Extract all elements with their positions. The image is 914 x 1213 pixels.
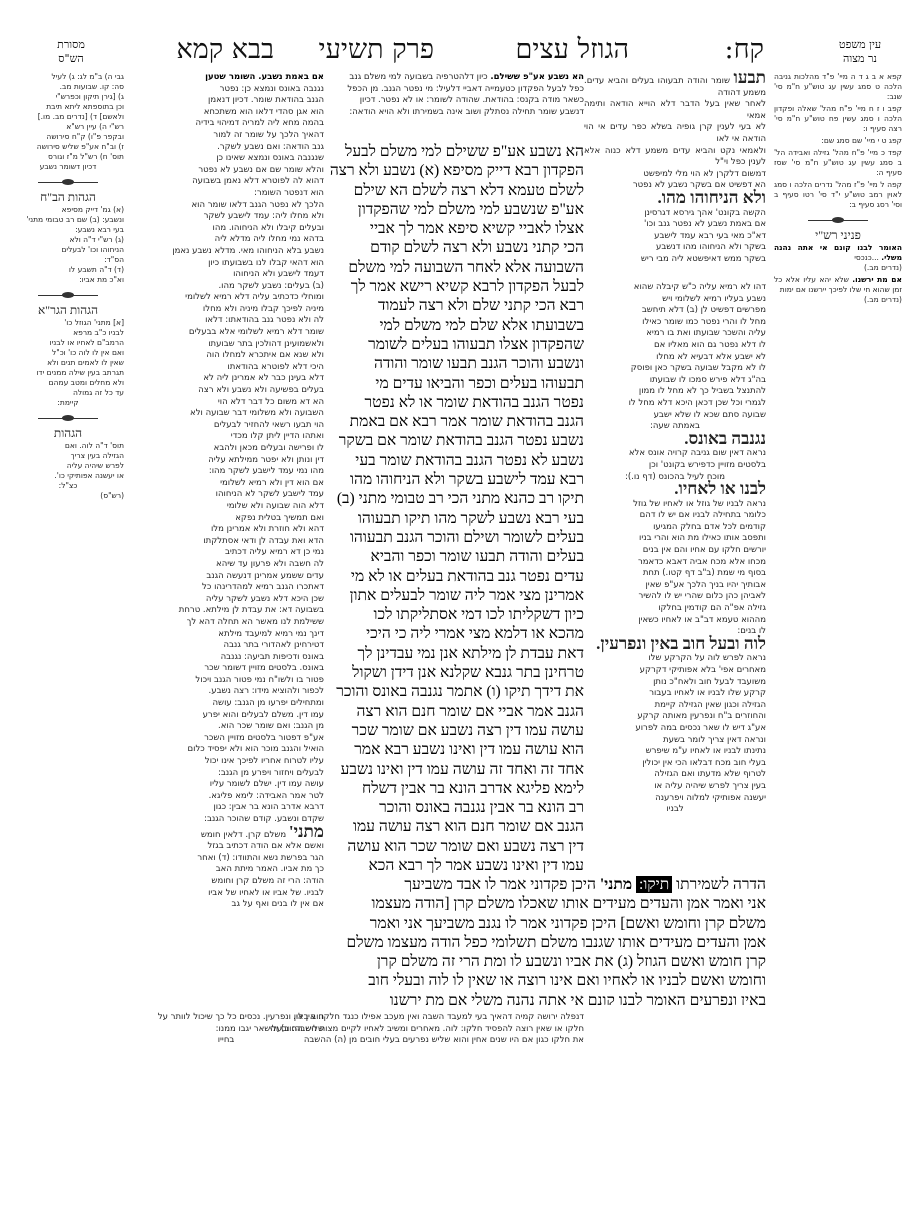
rashi-line: היכי דלא לפוטרא בהודאתו — [128, 362, 324, 374]
gemara-line: הדרה לשמירתו תיקו: מתני' היכן פקדוני אמר… — [329, 875, 766, 894]
tosafot-line: בשקר ממש דאיפשטא ליה מבי ריש — [584, 254, 766, 266]
hagahot-hagra-line: ולא מחלים ומטב עמהם — [12, 378, 124, 388]
tosafot-line: להתנצל בשביל כך לא מחל לו ממון — [584, 386, 766, 398]
rashi-line: דאתכרו הגנב רמיא למהדרינהו כל — [128, 582, 324, 594]
gemara-line: עדים נפטר גנב בהודאת בעלים או לא מי — [329, 567, 584, 586]
tosafot-heading: נגנבה באונס. — [684, 429, 766, 448]
gemara-line: עמו דין ואינו נשבע אמר לך רבא הכא — [329, 856, 584, 875]
hagahot-habach-line: (א) גמ' דייק מסיפא — [12, 205, 124, 215]
rashi-line: עליו לטרוח אחריו לפיכך אינו יכול — [128, 756, 324, 768]
rashi-line: לבניו. של אביו או לאחיו של אביו — [128, 888, 324, 900]
mishna-line: וחומש ואשם לבניו או לאחיו ואם אינו רוצה … — [329, 971, 766, 990]
ein-mishpat-entry: קפא א ב ג ד ה מיי' פ"ד מהלכות גניבה הלכה… — [774, 72, 902, 102]
tosafot-line: דהו לא רמיא עליה כ"ש קיבלה שהוא — [584, 282, 766, 294]
ein-mishpat-entry: קפב ו ז ח מיי' פ"ח מהל' שאלה ופקדון הלכה… — [774, 104, 902, 134]
rashi-line: מהו נמי עמד לישבע לשקר מהו: — [128, 466, 324, 478]
masoret-label-line-1: מסורת — [36, 38, 106, 52]
tosafot-line: בסוף מי שמת (ב"ב דף קטו.) תחת — [584, 568, 766, 580]
tosafot-line: מכחו אלא מכח אביה דאבא כדאמר — [584, 557, 766, 569]
ein-mishpat-label-line-1: עין משפט — [820, 38, 900, 52]
gemara-line: הגנב אמר אביי אם שומר חנם הוא רצה — [329, 702, 584, 721]
rashi-line: באונס ודכיפות תביעה: נגנבה — [128, 652, 324, 664]
rashi-line: הא דא משום כל דבר דלא הוי — [128, 397, 324, 409]
rashi-line: מיניה לפיכך קבלו מיניה ולא מחלו — [128, 304, 324, 316]
tosafot-line: ולאמאי נקט והביא עדים משמע דלא כנוה אלא … — [584, 146, 766, 169]
tosafot-line: מחל לו והרי נפטר כמו שומר כאילו — [584, 317, 766, 329]
gemara-line: רבא הכי קתני שלם ולא רצה לעמוד — [329, 296, 584, 315]
rashi-line: משלם קרן. דלאין חומש — [201, 830, 286, 840]
masoret-line: ג) [גירן תיקון וכפרש"י — [12, 92, 124, 102]
tosafot-line: בעין צריך לפרש שיהיה עליה או — [584, 781, 766, 793]
gemara-line: רבא עמד לישבע בשקר ולא הניחוהו מהו — [329, 470, 584, 489]
tosafot-line: עליה והשכר שבועתו ואת בו רמיא — [584, 328, 766, 340]
gemara-line: בשבועתו אלא שלם למי משלם למי — [329, 316, 584, 335]
gemara-line: מהכא או דלמא מצי אמרי ליה כי היכי — [329, 624, 584, 643]
tosafot-line: אע"ג דיש לו שאר נכסים במה לפרוע — [584, 723, 766, 735]
hagahot-habach-line: הס"ד: — [12, 255, 124, 265]
rashi-bottom-left: חוב באין ונפרעין. נכסים כל כך שיכול לוות… — [128, 1012, 324, 1092]
rashi-line: נמי כן דא רמיא עליה דכתיב — [128, 547, 324, 559]
rashi-line: נשבע בלא הניחוהו מאי. מדלא נשבע נאמן — [128, 246, 324, 258]
tosafot-line: ונראה דאין צריך לומר בשעת — [584, 735, 766, 747]
tosafot-line: דא"כ מאי בעי רבא עמד לישבע — [584, 231, 766, 243]
rashi-line: דנשבע שומר תחילה נסתלק ושוב אינה בשמירתו… — [326, 107, 584, 119]
tosafot-line: לגמרי וכל שכן דכאן היכא דלא מחל לו — [584, 398, 766, 410]
ein-mishpat-column: קפא א ב ג ד ה מיי' פ"ד מהלכות גניבה הלכה… — [774, 72, 902, 362]
rashi-line: בעלים בפשיעה ולא נשבע ולא רצה — [128, 385, 324, 397]
gemara-line: נפטר הגנב בהודאת שומר או לא נפטר — [329, 393, 584, 412]
rashi-line: חוב באין ונפרעין. נכסים כל כך שיכול לוות… — [128, 1012, 324, 1024]
rashi-line: עושה עמו דין. ישלם לשומר עליו — [128, 779, 324, 791]
tosafot-line: לבניו — [584, 804, 766, 816]
mishna-line: אמן והעדים מעידים אותו שגנבו משלם תשלומי… — [329, 933, 766, 952]
tosafot-heading: לבנו או לאחיו. — [674, 479, 766, 498]
gemara-line: הוא עושה עמו דין ואינו נשבע רבא אמר — [329, 740, 584, 759]
tosafot-dibur: ולא הניחוהו מהו. — [584, 192, 766, 208]
perek-number: פרק תשיעי — [319, 34, 434, 65]
hagahot-hagra-title: הגהות הגר"א — [12, 305, 124, 315]
gemara-line: בעי רבא נשבע לשקר מהו תיקו תבעוהו — [329, 509, 584, 528]
rashi-line: כך מת אביו. האמר מיתת האב — [128, 864, 324, 876]
gemara-line: הגנב אם שומר חנם הוא רצה עושה עמו — [329, 817, 584, 836]
mishna-label: מתני' — [600, 876, 632, 893]
tosafot-line: נראה לבניו של גוזל או לאחיו של גוזל — [584, 499, 766, 511]
gemara-line: הפקדון רבא דייק מסיפא (א) נשבע ולא רצה — [329, 161, 584, 180]
hagahot-line: לפרש שיהיה עליה — [12, 461, 124, 471]
mishna-line: משלם קרן וחומש ואשם] היכן פקדוני אמר לו … — [329, 914, 766, 933]
gemara-line: לבעל הפקדון לרבא קשיא רישא אמר לך — [329, 277, 584, 296]
gemara-line: לשלם טעמא דלא רצה לשלם הא שילם — [329, 181, 584, 200]
gemara-line: השבועה אלא לאחר השבועה למי משלם — [329, 258, 584, 277]
masoret-line: דכיון דשומר נשבע — [12, 162, 124, 172]
tosafot-dibur: לבנו או לאחיו. — [584, 483, 766, 499]
rashi-line: ולאשמועינן דהולכין בתר שבועתו — [128, 339, 324, 351]
tosafot-heading: לוה ובעל חוב באין ונפרעין. — [596, 634, 766, 653]
tosafot-line: לאחר שאין בעל הדבר דלא הוייא הודאה ותימה… — [584, 99, 766, 122]
rashi-column: אם באמת נשבע. השומר שטען נגנבה באונס ונמ… — [128, 72, 324, 1007]
gemara-line: אחד זה ואחד זה עושה עמו דין ואינו נשבע — [329, 760, 584, 779]
rashi-line: הגנב בהודאת שומר. דכיון דנאמן — [128, 95, 324, 107]
hagahot-habach-line: (ד) ד"ה תשבע לו — [12, 265, 124, 275]
tosafot-heading: ולא הניחוהו מהו. — [658, 188, 766, 207]
hagahot-line: הגזילה בעין צריך — [12, 451, 124, 461]
rashi-line: הודה: הרי זה משלם קרן וחומש — [128, 876, 324, 888]
tosafot-dibur: נגנבה באונס. — [584, 433, 766, 449]
gemara-line: הא נשבע אע"פ ששילם למי משלם לבעל — [329, 142, 584, 161]
rashi-line: דהא ולא חוזרת ולא אמרינן מלו — [128, 524, 324, 536]
rashi-line: באונס. בלסטים מזויין דשומר שכר — [128, 663, 324, 675]
rashi-line: הדא ואת עבדה לן ודאי אסתלקתו — [128, 536, 324, 548]
rashi-line: פטור בו ולשו"ח נמי פטור הגנב ויכול — [128, 675, 324, 687]
rashi-line: דלא בעינן כבר לא אמרינן ליה לא — [128, 373, 324, 385]
gemara-line: דין רצה נשבע ואם שומר שכר הוא עושה — [329, 837, 584, 856]
gemara-line: הכי קתני נשבע ולא רצה לשלם קודם — [329, 238, 584, 257]
rashi-line: עמד לישבע לשקר לא הניחוהו — [128, 489, 324, 501]
rashi-line: כשאר מודה בקנס: בהודאת. שהודה לשומר: או … — [326, 95, 584, 107]
hagahot-hagra-line: הרמב"ם לאחיו או לבניו — [12, 338, 124, 348]
rashi-line: עדים ששמע אמרינן דנעשה הגנב — [128, 571, 324, 583]
rashi-line: לו ופרישה ובעלים מכאן ולהבא — [128, 443, 324, 455]
rashi-line: שכן היכא דלא נשבע לשקר עליה — [128, 594, 324, 606]
perek-name: הגוזל עצים — [516, 34, 629, 65]
rashi-line: השבועה ולא משלומי דבר שבועה ולא — [128, 408, 324, 420]
tosafot-line: נראה דאין שום גניבה קרויה אונס אלא — [584, 448, 766, 460]
rashi-line: נגנבה באונס ונמצא כן: נפטר — [128, 84, 324, 96]
rashi-text: כיון דלהטרפיה בשבועה למי משלם גנב — [349, 72, 487, 82]
rashi-line: ולא שנא אם איתכרא למחלו הוה — [128, 350, 324, 362]
gemara-line: עושה עמו דין רצה נשבע אם שומר שכר — [329, 721, 584, 740]
penei-rashi-heading: אם מת ירשנו. — [852, 275, 902, 284]
hagahot-hagra-line: עד כל זה גמולה — [12, 388, 124, 398]
rashi-line: ומוחלי כדכתיב עליה דלא רמיא לשלומי — [128, 292, 324, 304]
rashi-line: הוא אגן סהדי דלאו הוא משתכחא — [128, 107, 324, 119]
penei-rashi-title: פניני רש"י — [774, 230, 902, 240]
penei-rashi-ref: (נדרים מב.) — [774, 263, 902, 273]
hagahot-hagra-line: שאין לו לאמים תנים ולא — [12, 358, 124, 368]
hagahot-habach-line: ונשבע: (ב) שם רב טבומי מתני' — [12, 215, 124, 225]
tosafot-line: בשקר ולא הניחוהו מהו דנשבע — [584, 242, 766, 254]
hagahot-line: או יעשנה אפותיקי כו'. — [12, 471, 124, 481]
page-header: עין משפט נר מצוה קח: הגוזל עצים פרק תשיע… — [0, 0, 914, 70]
rashi-line: דהוא לה לפוטרא דלא נאמן בשבועה — [128, 176, 324, 188]
masoret-line: גבי ה) ב"מ לג: ג) לעיל — [12, 72, 124, 82]
rashi-line: הא נשבע אע"פ ששילם. כיון דלהטרפיה בשבועה… — [326, 72, 584, 84]
masoret-line: וכן בתוספתא ליתא תיבת — [12, 102, 124, 112]
tosafot-opening: תבעו שומר והודה תבעוהו בעלים והביא עדים.… — [584, 72, 766, 99]
tosafot-line: יורשים חלקו עם אחיו והם אין בנים — [584, 545, 766, 557]
rashi-line: אם באמת נשבע. השומר שטען — [128, 72, 324, 84]
rashi-line: מן הגנב: ואם שומר שכר הוא. — [128, 721, 324, 733]
ein-mishpat-entry: קפה ל מיי' פ"ז מהל' נדרים הלכה ו סמג לאו… — [774, 180, 902, 210]
gemara-line: אצלו לאביי קשיא סיפא אמר לך אביי — [329, 219, 584, 238]
gemara-text: הא נשבע אע"פ ששילם למי משלם לבעל הפקדון … — [329, 142, 584, 875]
tosafot-dibur: לוה ובעל חוב באין ונפרעין. — [584, 638, 766, 654]
hagahot-hagra-line: ואם אין לו לוה כו' וכ"ל — [12, 348, 124, 358]
rashi-line: דין ונותן ולא יפטר ממילתא עליה — [128, 455, 324, 467]
rashi-line: דהאיך הלכך על שומר זה למור — [128, 130, 324, 142]
ein-mishpat-entry: קפד כ מיי' פ"ח מהל' גזילה ואבידה הל' ב ס… — [774, 148, 902, 178]
tosafot-line: משועבד לבעל חוב ולאח"כ נותן — [584, 677, 766, 689]
gemara-line: שהפקדון אצלו תבעוהו בעלים לשומר — [329, 335, 584, 354]
gemara-line: בעלים והודה תבעו שומר וכפר והביא — [329, 547, 584, 566]
rashi-line: (ב) בעלים: נשבע לשקר מהו. — [128, 281, 324, 293]
tosafot-line: קודמים לכל אדם בחלק המגיעו — [584, 522, 766, 534]
rashi-line: כפל לבעל הפקדון כטעמייה דאביי דלעיל: מי … — [326, 84, 584, 96]
rashi-line: עמו דין. משלם לבעלים והוא יפרע — [128, 710, 324, 722]
rashi-line: הגר בפרשת נשא והתוודו: (ד) ואחר — [128, 853, 324, 865]
hagahot-line: (רש"ס) — [12, 491, 124, 501]
tosafot-opening-word: תבעו — [733, 72, 766, 87]
rashi-line: ששילמת לנו מאשר הא תחלה דהא לך — [128, 617, 324, 629]
rashi-line: בשבועה דא: את עבדת לן מילתא. טרחת — [128, 605, 324, 617]
gemara-line: הגנב בהודאת שומר אמר רבא אם באמת — [329, 412, 584, 431]
tosafot-line: אבותיך יהיו בניך הלכך אע"פ שאין — [584, 580, 766, 592]
masoret-line: רש"י ה) עיין רש"א — [12, 122, 124, 132]
rashi-line: גנב הודאה: ואם נשבע לשקר. — [128, 142, 324, 154]
mishna-text: הדרה לשמירתו תיקו: מתני' היכן פקדוני אמר… — [329, 875, 766, 1005]
tosafot-line: אם באמת נשבע לא נפטר גנב וכו' — [584, 219, 766, 231]
mishna-line: קרן חומש ואשם הגוזל (ג) את אביו ונשבע לו… — [329, 952, 766, 971]
rashi-line: הוא דנפטר השומר: — [128, 188, 324, 200]
talmud-page: עין משפט נר מצוה קח: הגוזל עצים פרק תשיע… — [0, 0, 914, 1213]
tosafot-column: דהו לא רמיא עליה כ"ש קיבלה שהוא נשבע בעל… — [584, 282, 766, 882]
hagahot-hagra-line: [א] מתני' הגוזל כו' — [12, 318, 124, 328]
mishna-line: באין ונפרעים האומר לבנו קונם אי אתה נהנה… — [329, 991, 766, 1005]
masoret-label: מסורת הש"ס — [36, 38, 106, 66]
tosafot-line: לא בעי לענין קרן גופיה בשלא כפר עדים אי … — [584, 122, 766, 145]
tosafot-line: גזילה אפ"ה הם קודמין בחלקו — [584, 603, 766, 615]
hagahot-habach-line: הניחוהו וכו' לבעלים — [12, 245, 124, 255]
daf-number: קח: — [724, 34, 764, 65]
tiku-label: תיקו: — [636, 876, 672, 893]
rashi-line: ואשם אלא אם הודה דכתיב בגזל — [128, 841, 324, 853]
tosafot-line: שבועה סתם שכא לו שלא ישבע — [584, 410, 766, 422]
ornament-divider — [808, 216, 868, 224]
tosafot-line: דמשום דלקרן לא הוי מלי למיפשט — [584, 169, 766, 181]
gemara-line: לימא פליגא אדרב הונא בר אבין דשלח — [329, 779, 584, 798]
rashi-line: שנגנבה באונס ונמצא שאינו כן — [128, 153, 324, 165]
penei-rashi-heading: האומר לבנו קונם אי אתה נהנה משלי. — [774, 243, 902, 262]
gemara-final-words: הדרה לשמירתו — [676, 876, 766, 893]
tosafot-line: בלסטים מזויין כדפירש בקונט' וכן — [584, 460, 766, 472]
mishna-line: אני ואמר אמן והעדים מעידים אותו שאכלו מש… — [329, 894, 766, 913]
hagahot-habach-title: הגהות הב"ח — [12, 192, 124, 202]
catchword: בחייו — [128, 1035, 324, 1047]
ornament-divider — [38, 291, 98, 299]
tractate-name: בבא קמא — [177, 34, 274, 65]
rashi-line: לה חשבה ולא פרעון עד שיהא — [128, 559, 324, 571]
rashi-line: דינך נמי רמיא למיעבד מילתא — [128, 629, 324, 641]
tosafot-line: מההוא טעמא דב"ב או לאחיו כשאין — [584, 615, 766, 627]
masoret-line: ובקפר פ"ו) ק"ח סירושה — [12, 132, 124, 142]
tosafot-line: לו דלא נפטר גם הוא מאליו אם — [584, 340, 766, 352]
masoret-line: ז) וב"ח אע"פ שליש סירושה — [12, 142, 124, 152]
rashi-line: דעמד לישבע ולא הניחוהו — [128, 269, 324, 281]
rashi-line: לכפור ולהוציא מידו: רצה נשבע. — [128, 686, 324, 698]
masoret-line: ולאשם] ד) [נדרים מב. מו.] — [12, 112, 124, 122]
tosafot-line: מאחרים אפי' בלא אפותיקי דקרקע — [584, 665, 766, 677]
rashi-line: ואתהו הדיין ליתן קלו מכדי — [128, 431, 324, 443]
rashi-line: לה ולא נפטר גנב בהודאתו: דלאו — [128, 315, 324, 327]
rashi-line: שליש החוב) והשאר יגבו ממנו: — [128, 1024, 324, 1036]
tosafot-line: מפרשים דפשיט לן (ב) דלא תיחשב — [584, 305, 766, 317]
rashi-line: לבעלים ויחזור ויפרע מן הגנב: — [128, 768, 324, 780]
hagahot-line: כצ"ל: — [12, 481, 124, 491]
gemara-line: טרחינן בתר גנבא שקלנא אנן דידן ושקול — [329, 663, 584, 682]
gemara-line: תיקו רב כהנא מתני הכי רב טבומי מתני (ב) — [329, 489, 584, 508]
tosafot-line: נשבע בעליו רמיא לשלומי ויש — [584, 294, 766, 306]
rashi-line: הוא דהאי קבלו לנו בשבועתו כיון — [128, 258, 324, 270]
rashi-mishna-label: מתני' — [289, 822, 324, 841]
gemara-line: רב הונא בר אבין נגנבה באונס והוכר — [329, 798, 584, 817]
hagahot-habach-line: בעי רבא נשבע: — [12, 225, 124, 235]
hagahot-habach-line: (ג) רש"י ד"ה ולא — [12, 235, 124, 245]
tosafot-line: הגזילה וכגון שאין הגזילה קיימת — [584, 700, 766, 712]
gemara-line: נשבע נפטר הגנב בהודאת שומר אם בשקר — [329, 431, 584, 450]
hagahot-line: תוס' ד"ה לוה. ואם — [12, 441, 124, 451]
rashi-line: לטר אמר האבידה: לימא פליגא. — [128, 791, 324, 803]
tosafot-line: והחוזרים ב"ח ונפרעין מאותה קרקע — [584, 711, 766, 723]
penei-rashi-entry: האומר לבנו קונם אי אתה נהנה משלי. ...כנכ… — [774, 243, 902, 273]
gemara-line: את דידך תיקו (ו) אתמר נגנבה באונס והוכר — [329, 682, 584, 701]
gemara-line: נשבע לא נפטר הגנב בהודאת שומר בעי — [329, 451, 584, 470]
masoret-label-line-2: הש"ס — [36, 52, 106, 66]
rashi-mishna: מתני' משלם קרן. דלאין חומש — [128, 826, 324, 842]
tosafot-line: לא ישבע אלא דבעיא לא מחלו — [584, 352, 766, 364]
mishna-line: היכן פקדוני אמר לו אבד משביעך — [404, 876, 596, 893]
hagahot-title: הגהות — [12, 428, 124, 438]
tosafot-line: נתינתו לבניו או לאחיו ע"מ שיפרש — [584, 746, 766, 758]
gemara-line: ונשבע והוכר הגנב תבעו שומר והודה — [329, 354, 584, 373]
rashi-line: ובעלים קיבלו ולא הניחוהו. מהו — [128, 223, 324, 235]
rashi-line: ומתחילים יפרעו מן הגנב: עושה — [128, 698, 324, 710]
gemara-line: אע"פ שנשבע למי משלם למי שהפקדון — [329, 200, 584, 219]
rashi-line: בדהא נמי מחלו ליה מדלא ליה — [128, 234, 324, 246]
rashi-line: הוי תבעו רשאי להחזיר לבעלים — [128, 420, 324, 432]
tosafot-line: קרקע שלו לבניו או לאחיו בעבור — [584, 688, 766, 700]
ein-mishpat-label: עין משפט נר מצוה — [820, 38, 900, 66]
tosafot-line: לאביהן כהן כלום שהרי יש לו להשיר — [584, 591, 766, 603]
hagahot-hagra-line: תגרתב בעין שילה ממנים ידו — [12, 368, 124, 378]
tosafot-line: ותפסב אותו כאילו מת הוא והרי בניו — [584, 533, 766, 545]
rashi-line: הלכך לא נפטר הגנב דלאו שומר הוא — [128, 200, 324, 212]
tosafot-line: לטרוף שלא מדעתו ואם הגזילה — [584, 769, 766, 781]
rashi-line: הואיל והגנב מוכר הוא ולא יפסיד כלום — [128, 744, 324, 756]
gemara-line: בעלים לשומר ושילם והוכר הגנב תבעוהו — [329, 528, 584, 547]
tosafot-top: תבעו שומר והודה תבעוהו בעלים והביא עדים.… — [584, 72, 766, 282]
hagahot-hagra-line: לבניו כ"ב מרפא — [12, 328, 124, 338]
gemara-line: כיון דשקליתו לכו דמי אסתליקתו לכו — [329, 605, 584, 624]
tosafot-line: הקשה בקונט' אהך גירסא דגרסינן — [584, 208, 766, 220]
rashi-line: דלא הוה שבועה ולא שלומי — [128, 501, 324, 513]
rashi-line: ואם תמשיך בטלית נפקא — [128, 513, 324, 525]
gemara-line: תבעוהו בעלים וכפר והביאו עדים מי — [329, 374, 584, 393]
gemara-line: דאת עבדת לן מילתא אנן נמי עבדינן לך — [329, 644, 584, 663]
hagahot-habach-line: וא"כ מת אביו: — [12, 275, 124, 285]
penei-rashi-entry: אם מת ירשנו. שלא יהא עליו אלא כל זמן שהו… — [774, 275, 902, 305]
masoret-hashas-column: גבי ה) ב"מ לג: ג) לעיל סה: קו. שבועות מב… — [12, 72, 124, 592]
rashi-opening: הא נשבע אע"פ ששילם. — [490, 72, 584, 82]
tosafot-line: כלומר בתחילה לבניו אם יש לו דהם — [584, 510, 766, 522]
ornament-divider — [38, 178, 98, 186]
rashi-line: אע"פ דפטור בלסטים מזויין השכר — [128, 733, 324, 745]
tosafot-line: בה"ג דלא פירש סמכו לו שבועתו — [584, 375, 766, 387]
hagahot-hagra-line: קיימת: — [12, 398, 124, 408]
penei-rashi-ref: (נדרים מב.) — [774, 295, 902, 305]
ornament-divider — [38, 414, 98, 422]
tosafot-line: לו לא מקבל שבועה בשקר כאן ופוסק — [584, 363, 766, 375]
tosafot-line: בעלי חוב מכח דבלאו הכי אין יכולין — [584, 758, 766, 770]
rashi-line: אם הוא דין ולא רמיא לשלומי — [128, 478, 324, 490]
tosafot-line: נראה לפרש לוה על הקרקע שלו — [584, 653, 766, 665]
ein-mishpat-entry: קפג ט י מיי' שם סמג שם: — [774, 136, 902, 146]
rashi-line: שומר דלא רמיא לשלומי אלא בבעלים — [128, 327, 324, 339]
rashi-line: אם אין לו בנים ואף על גב — [128, 899, 324, 911]
ein-mishpat-label-line-2: נר מצוה — [820, 52, 900, 66]
penei-rashi-text: ...כנכסי — [854, 253, 879, 262]
masoret-line: תוס' ח) רש"ל מ"ז וגורס — [12, 152, 124, 162]
gemara-line: אמרינן מצי אמר ליה שומר לבעלים אתון — [329, 586, 584, 605]
rashi-line: דטירחינן לאהדורי בתר גנבה — [128, 640, 324, 652]
rashi-top: הא נשבע אע"פ ששילם. כיון דלהטרפיה בשבועה… — [326, 72, 584, 132]
rashi-line: ולא מחלו ליה: עמד לישבע לשקר — [128, 211, 324, 223]
masoret-line: סה: קו. שבועות מב. — [12, 82, 124, 92]
rashi-line: בהמה מחא ליה למריה דמיהוי בידיה — [128, 118, 324, 130]
rashi-line: והלא שומר שם אם נשבע לא נפטר — [128, 165, 324, 177]
tosafot-line: יעשנה אפותיקי למלוה ויפרענה — [584, 793, 766, 805]
rashi-line: דרבא אדרב הונא בר אבין: כגון — [128, 802, 324, 814]
